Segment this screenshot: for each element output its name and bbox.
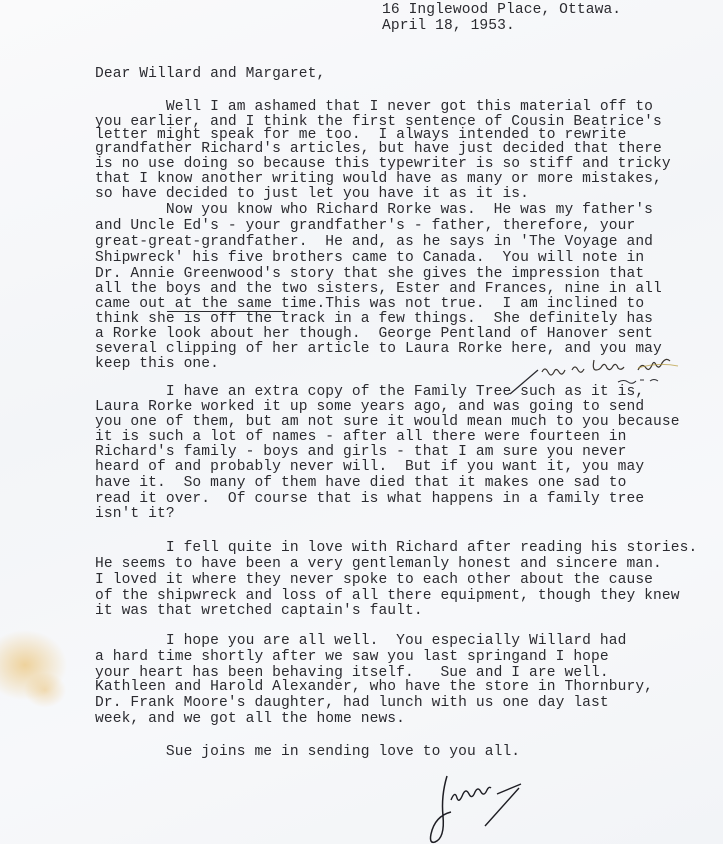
body-line: a Rorke look about her though. George Pe… — [95, 326, 653, 342]
body-line: keep this one. — [95, 356, 219, 372]
body-line: He seems to have been a very gentlemanly… — [95, 556, 662, 572]
body-line: I loved it where they never spoke to eac… — [95, 572, 653, 588]
body-line: several clipping of her article to Laura… — [95, 341, 662, 357]
closing-line: Sue joins me in sending love to you all. — [95, 744, 520, 760]
body-line: heard of and probably never will. But if… — [95, 459, 644, 475]
body-line: of the shipwreck and loss of all there e… — [95, 588, 680, 604]
body-line: and Uncle Ed's - your grandfather's - fa… — [95, 218, 635, 234]
body-line: Shipwreck' his five brothers came to Can… — [95, 250, 644, 266]
body-line: Dr. Annie Greenwood's story that she giv… — [95, 266, 644, 282]
body-line: I hope you are all well. You especially … — [95, 633, 626, 649]
body-line: all the boys and the two sisters, Ester … — [95, 281, 662, 297]
body-line: think she is off the track in a few thin… — [95, 311, 653, 327]
body-line: it was that wretched captain's fault. — [95, 603, 423, 619]
letter-date: April 18, 1953. — [382, 18, 515, 34]
signature — [425, 770, 535, 844]
body-line: week, and we got all the home news. — [95, 711, 405, 727]
body-line: great-great-grandfather. He and, as he s… — [95, 234, 653, 250]
body-line: isn't it? — [95, 506, 175, 522]
body-line: you one of them, but am not sure it woul… — [95, 414, 680, 430]
body-line: read it over. Of course that is what hap… — [95, 491, 644, 507]
body-line: Kathleen and Harold Alexander, who have … — [95, 679, 653, 695]
body-line: so have decided to just let you have it … — [95, 186, 529, 202]
body-line: that I know another writing would have a… — [95, 171, 662, 187]
body-line: Well I am ashamed that I never got this … — [95, 99, 653, 115]
salutation: Dear Willard and Margaret, — [95, 66, 325, 82]
body-line: Now you know who Richard Rorke was. He w… — [95, 202, 653, 218]
body-line: a hard time shortly after we saw you las… — [95, 649, 609, 665]
letter-page: 16 Inglewood Place, Ottawa. April 18, 19… — [0, 0, 723, 844]
body-line: Dr. Frank Moore's daughter, had lunch wi… — [95, 695, 609, 711]
body-line: have it. So many of them have died that … — [95, 475, 626, 491]
body-line: I have an extra copy of the Family Tree … — [95, 384, 644, 400]
body-line: is no use doing so because this typewrit… — [95, 156, 671, 172]
sender-address: 16 Inglewood Place, Ottawa. — [382, 2, 621, 18]
body-line: Laura Rorke worked it up some years ago,… — [95, 399, 644, 415]
body-line: came out at the same time.This was not t… — [95, 296, 644, 312]
body-line: I fell quite in love with Richard after … — [95, 540, 697, 556]
body-line: Richard's family - boys and girls - that… — [95, 444, 626, 460]
body-line: grandfather Richard's articles, but have… — [95, 141, 662, 157]
body-line: it is such a lot of names - after all th… — [95, 429, 626, 445]
